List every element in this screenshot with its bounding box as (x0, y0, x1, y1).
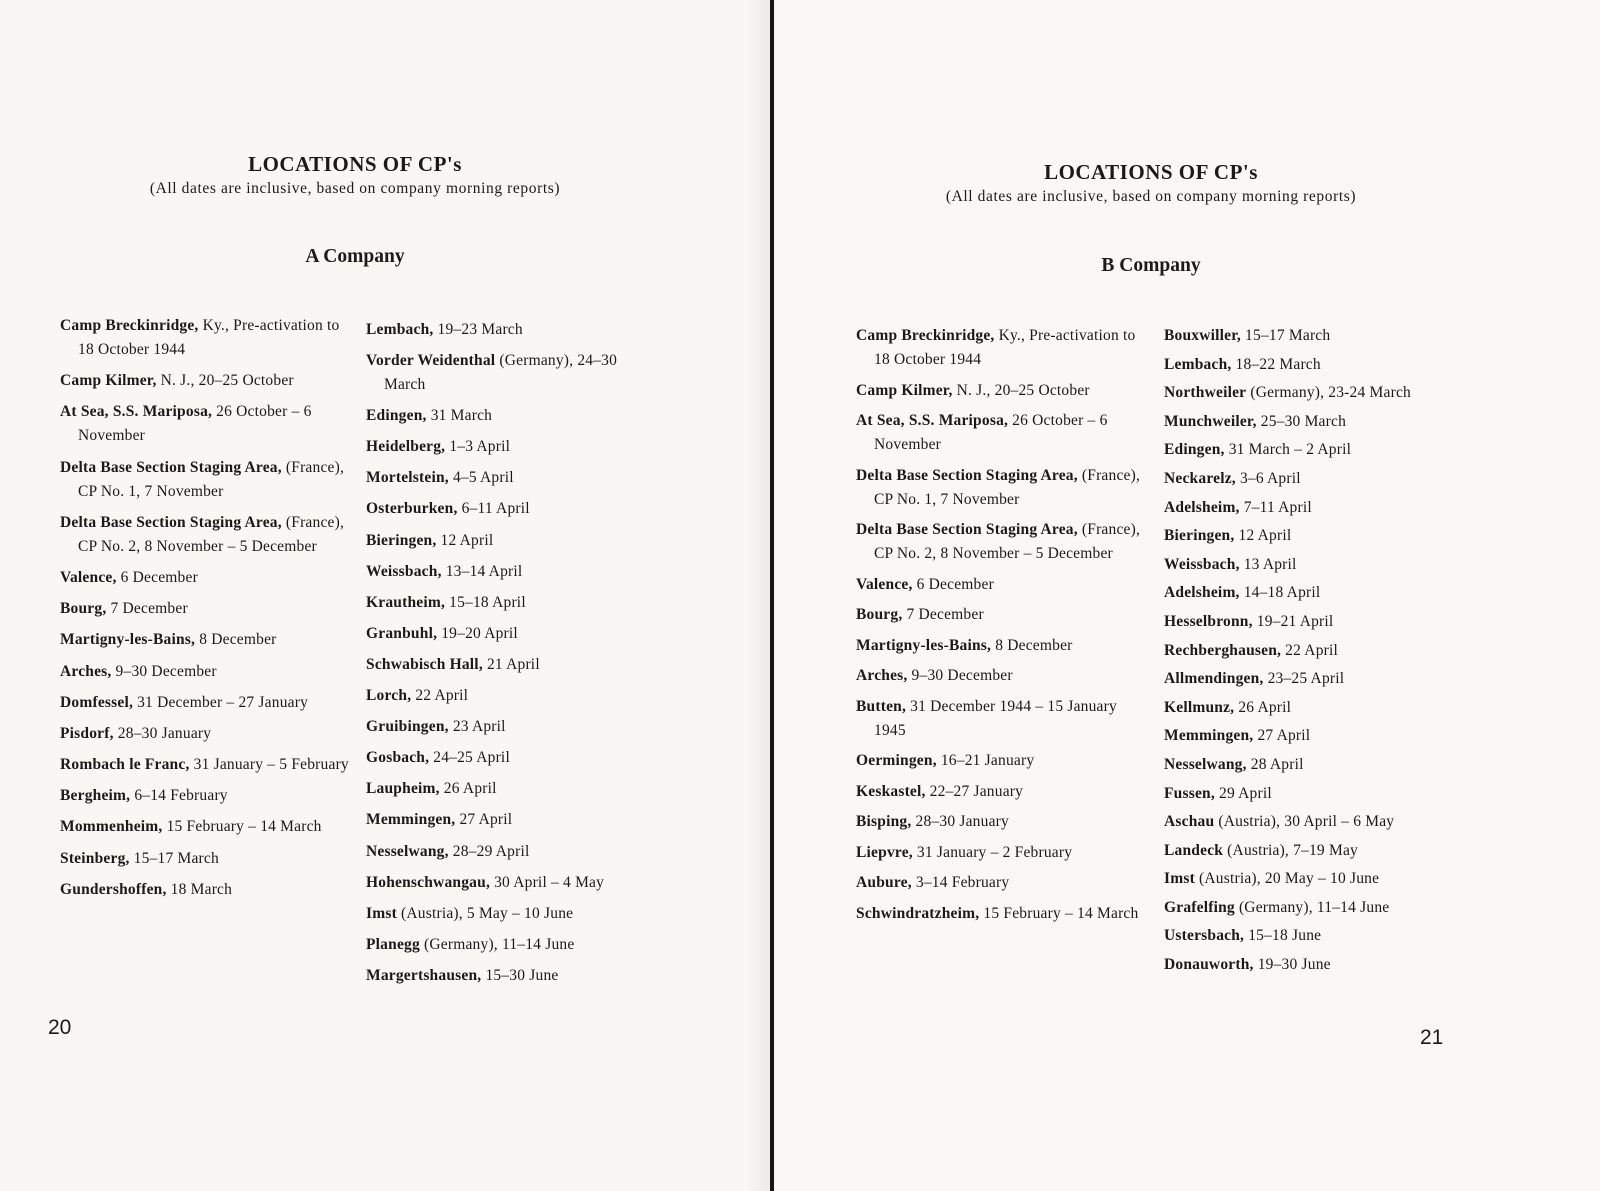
location-dates: 9–30 December (111, 663, 216, 680)
location-dates: 22–27 January (926, 783, 1024, 800)
location-name: Bourg, (856, 606, 902, 623)
location-dates: 31 January – 5 February (190, 756, 349, 773)
location-entry: Liepvre, 31 January – 2 February (856, 841, 1146, 865)
location-name: Ustersbach, (1164, 927, 1244, 944)
location-name: Schwabisch Hall, (366, 656, 483, 673)
location-entry: Rechberghausen, 22 April (1164, 639, 1464, 663)
location-dates: 13–14 April (442, 563, 523, 580)
location-name: Rombach le Franc, (60, 756, 190, 773)
location-name: Weissbach, (1164, 556, 1240, 573)
location-name: Memmingen, (366, 811, 455, 828)
page-subtitle: (All dates are inclusive, based on compa… (876, 188, 1426, 206)
location-dates: 15–18 April (445, 594, 526, 611)
location-entry: Aubure, 3–14 February (856, 871, 1146, 895)
location-entry: Delta Base Section Staging Area, (France… (60, 456, 350, 504)
location-entry: At Sea, S.S. Mariposa, 26 October – 6 No… (856, 409, 1146, 457)
book-spine (770, 0, 774, 1191)
entries-column-1: Camp Breckinridge, Ky., Pre-activation t… (60, 314, 350, 909)
location-name: Heidelberg, (366, 438, 445, 455)
location-name: Memmingen, (1164, 727, 1253, 744)
location-name: Imst (1164, 870, 1195, 887)
location-entry: Oermingen, 16–21 January (856, 749, 1146, 773)
location-dates: 15 February – 14 March (163, 818, 322, 835)
location-dates: (Austria), 30 April – 6 May (1214, 813, 1394, 830)
location-entry: Nesselwang, 28–29 April (366, 840, 646, 864)
location-name: Lembach, (366, 321, 433, 338)
location-entry: Kellmunz, 26 April (1164, 696, 1464, 720)
location-name: Nesselwang, (366, 843, 449, 860)
page-title: LOCATIONS OF CP's (946, 160, 1356, 185)
location-entry: Pisdorf, 28–30 January (60, 722, 350, 746)
location-name: Northweiler (1164, 384, 1246, 401)
location-entry: Donauworth, 19–30 June (1164, 953, 1464, 977)
location-entry: Imst (Austria), 5 May – 10 June (366, 902, 646, 926)
location-entry: Neckarelz, 3–6 April (1164, 467, 1464, 491)
location-name: Butten, (856, 698, 906, 715)
location-name: Bouxwiller, (1164, 327, 1241, 344)
location-dates: 30 April – 4 May (490, 874, 604, 891)
location-entry: Arches, 9–30 December (856, 664, 1146, 688)
location-name: Rechberghausen, (1164, 642, 1281, 659)
location-entry: Heidelberg, 1–3 April (366, 435, 646, 459)
location-entry: Delta Base Section Staging Area, (France… (856, 464, 1146, 512)
location-dates: (Austria), 7–19 May (1223, 842, 1358, 859)
location-entry: Camp Breckinridge, Ky., Pre-activation t… (60, 314, 350, 362)
location-entry: Valence, 6 December (60, 566, 350, 590)
location-entry: Osterburken, 6–11 April (366, 497, 646, 521)
location-name: Adelsheim, (1164, 584, 1240, 601)
location-entry: Arches, 9–30 December (60, 660, 350, 684)
location-name: Keskastel, (856, 783, 926, 800)
location-dates: (Germany), 11–14 June (420, 936, 574, 953)
location-dates: 15 February – 14 March (979, 905, 1138, 922)
location-entry: Vorder Weidenthal (Germany), 24–30 March (366, 349, 646, 397)
location-dates: 19–23 March (433, 321, 522, 338)
location-dates: 6–11 April (458, 500, 530, 517)
location-name: Edingen, (1164, 441, 1225, 458)
location-name: Krautheim, (366, 594, 445, 611)
location-dates: 31 March (427, 407, 493, 424)
location-entry: Camp Kilmer, N. J., 20–25 October (60, 369, 350, 393)
location-dates: (Germany), 23-24 March (1246, 384, 1411, 401)
location-name: Martigny-les-Bains, (60, 631, 195, 648)
location-entry: Margertshausen, 15–30 June (366, 964, 646, 988)
entries-column-2: Bouxwiller, 15–17 MarchLembach, 18–22 Ma… (1164, 324, 1464, 982)
location-name: Planegg (366, 936, 420, 953)
location-dates: 3–6 April (1236, 470, 1301, 487)
location-name: Kellmunz, (1164, 699, 1234, 716)
location-name: At Sea, S.S. Mariposa, (856, 412, 1008, 429)
location-dates: 7 December (902, 606, 983, 623)
location-dates: N. J., 20–25 October (953, 382, 1090, 399)
location-name: Lembach, (1164, 356, 1231, 373)
location-entry: Imst (Austria), 20 May – 10 June (1164, 867, 1464, 891)
location-dates: 26 April (440, 780, 497, 797)
location-name: Liepvre, (856, 844, 913, 861)
spine-shadow (745, 0, 770, 1191)
location-name: Valence, (60, 569, 117, 586)
location-entry: Bourg, 7 December (856, 603, 1146, 627)
page-number: 21 (1420, 1026, 1443, 1050)
location-name: Hohenschwangau, (366, 874, 490, 891)
location-dates: 22 April (1281, 642, 1338, 659)
location-entry: Hesselbronn, 19–21 April (1164, 610, 1464, 634)
company-heading: A Company (200, 246, 510, 268)
location-entry: Granbuhl, 19–20 April (366, 622, 646, 646)
location-entry: Edingen, 31 March – 2 April (1164, 438, 1464, 462)
location-dates: 12 April (436, 532, 493, 549)
location-entry: Gruibingen, 23 April (366, 715, 646, 739)
location-dates: 26 April (1234, 699, 1291, 716)
location-name: Bieringen, (366, 532, 436, 549)
location-entry: Delta Base Section Staging Area, (France… (856, 518, 1146, 566)
location-dates: 12 April (1234, 527, 1291, 544)
location-name: Delta Base Section Staging Area, (856, 467, 1078, 484)
location-dates: 6 December (117, 569, 198, 586)
location-dates: 15–17 March (130, 850, 219, 867)
location-name: Bisping, (856, 813, 911, 830)
location-entry: Grafelfing (Germany), 11–14 June (1164, 896, 1464, 920)
location-entry: Mommenheim, 15 February – 14 March (60, 815, 350, 839)
location-entry: Butten, 31 December 1944 – 15 January 19… (856, 695, 1146, 743)
location-dates: 31 January – 2 February (913, 844, 1072, 861)
location-entry: Krautheim, 15–18 April (366, 591, 646, 615)
page-subtitle: (All dates are inclusive, based on compa… (80, 180, 630, 198)
location-name: Osterburken, (366, 500, 458, 517)
location-name: Domfessel, (60, 694, 133, 711)
location-name: Camp Breckinridge, (856, 327, 995, 344)
location-name: Margertshausen, (366, 967, 481, 984)
location-dates: N. J., 20–25 October (157, 372, 294, 389)
location-entry: Hohenschwangau, 30 April – 4 May (366, 871, 646, 895)
location-name: Laupheim, (366, 780, 440, 797)
location-dates: 16–21 January (937, 752, 1035, 769)
location-entry: Edingen, 31 March (366, 404, 646, 428)
location-name: Fussen, (1164, 785, 1215, 802)
left-page: LOCATIONS OF CP's (All dates are inclusi… (0, 0, 772, 1191)
location-entry: Martigny-les-Bains, 8 December (60, 628, 350, 652)
location-name: Donauworth, (1164, 956, 1254, 973)
location-entry: Bouxwiller, 15–17 March (1164, 324, 1464, 348)
location-dates: 15–30 June (481, 967, 558, 984)
location-name: Mommenheim, (60, 818, 163, 835)
location-name: Delta Base Section Staging Area, (856, 521, 1078, 538)
location-entry: Planegg (Germany), 11–14 June (366, 933, 646, 957)
location-dates: 23 April (449, 718, 506, 735)
location-name: Aschau (1164, 813, 1214, 830)
location-name: Mortelstein, (366, 469, 449, 486)
location-name: Arches, (60, 663, 111, 680)
location-dates: 29 April (1215, 785, 1272, 802)
location-dates: (Austria), 20 May – 10 June (1195, 870, 1379, 887)
location-dates: 18–22 March (1231, 356, 1320, 373)
location-entry: Camp Breckinridge, Ky., Pre-activation t… (856, 324, 1146, 372)
location-name: Grafelfing (1164, 899, 1235, 916)
right-page: LOCATIONS OF CP's (All dates are inclusi… (776, 0, 1600, 1191)
location-name: Gundershoffen, (60, 881, 167, 898)
page-title: LOCATIONS OF CP's (150, 152, 560, 177)
location-name: Hesselbronn, (1164, 613, 1253, 630)
location-dates: 13 April (1240, 556, 1297, 573)
location-entry: Gundershoffen, 18 March (60, 878, 350, 902)
location-entry: Rombach le Franc, 31 January – 5 Februar… (60, 753, 350, 777)
location-dates: 7 December (106, 600, 187, 617)
page-number: 20 (48, 1016, 71, 1040)
location-name: Steinberg, (60, 850, 130, 867)
location-entry: Munchweiler, 25–30 March (1164, 410, 1464, 434)
location-name: Gosbach, (366, 749, 429, 766)
location-entry: Northweiler (Germany), 23-24 March (1164, 381, 1464, 405)
location-dates: 7–11 April (1240, 499, 1312, 516)
location-name: Bourg, (60, 600, 106, 617)
location-entry: Bieringen, 12 April (1164, 524, 1464, 548)
location-entry: Gosbach, 24–25 April (366, 746, 646, 770)
location-entry: Bisping, 28–30 January (856, 810, 1146, 834)
location-name: Camp Breckinridge, (60, 317, 199, 334)
location-name: Delta Base Section Staging Area, (60, 459, 282, 476)
location-name: Edingen, (366, 407, 427, 424)
location-dates: 24–25 April (429, 749, 510, 766)
location-name: Lorch, (366, 687, 411, 704)
location-name: Aubure, (856, 874, 912, 891)
location-entry: Weissbach, 13–14 April (366, 560, 646, 584)
location-dates: 18 March (167, 881, 233, 898)
location-name: Munchweiler, (1164, 413, 1257, 430)
location-dates: 31 March – 2 April (1225, 441, 1352, 458)
location-dates: 15–17 March (1241, 327, 1330, 344)
location-entry: Weissbach, 13 April (1164, 553, 1464, 577)
location-dates: 8 December (195, 631, 276, 648)
location-entry: Camp Kilmer, N. J., 20–25 October (856, 379, 1146, 403)
location-dates: 28–29 April (449, 843, 530, 860)
location-dates: 28 April (1247, 756, 1304, 773)
location-dates: 23–25 April (1264, 670, 1345, 687)
location-dates: 15–18 June (1244, 927, 1321, 944)
location-name: At Sea, S.S. Mariposa, (60, 403, 212, 420)
location-name: Imst (366, 905, 397, 922)
location-entry: Adelsheim, 14–18 April (1164, 581, 1464, 605)
location-entry: Schwindratzheim, 15 February – 14 March (856, 902, 1146, 926)
location-entry: Fussen, 29 April (1164, 782, 1464, 806)
location-name: Bieringen, (1164, 527, 1234, 544)
location-dates: 28–30 January (114, 725, 212, 742)
location-dates: (Germany), 11–14 June (1235, 899, 1389, 916)
location-dates: 28–30 January (911, 813, 1009, 830)
location-entry: Steinberg, 15–17 March (60, 847, 350, 871)
location-name: Pisdorf, (60, 725, 114, 742)
location-name: Landeck (1164, 842, 1223, 859)
location-name: Vorder Weidenthal (366, 352, 495, 369)
location-entry: Bergheim, 6–14 February (60, 784, 350, 808)
location-entry: Bourg, 7 December (60, 597, 350, 621)
location-name: Granbuhl, (366, 625, 437, 642)
location-name: Oermingen, (856, 752, 937, 769)
location-dates: 4–5 April (449, 469, 514, 486)
location-entry: Landeck (Austria), 7–19 May (1164, 839, 1464, 863)
location-name: Camp Kilmer, (60, 372, 157, 389)
location-entry: Nesselwang, 28 April (1164, 753, 1464, 777)
location-name: Martigny-les-Bains, (856, 637, 991, 654)
company-heading: B Company (996, 255, 1306, 277)
location-dates: 14–18 April (1240, 584, 1321, 601)
location-dates: 9–30 December (907, 667, 1012, 684)
location-entry: Lembach, 19–23 March (366, 318, 646, 342)
location-entry: Memmingen, 27 April (1164, 724, 1464, 748)
location-name: Schwindratzheim, (856, 905, 979, 922)
location-dates: 19–20 April (437, 625, 518, 642)
location-dates: 6–14 February (130, 787, 228, 804)
location-entry: Allmendingen, 23–25 April (1164, 667, 1464, 691)
location-dates: 21 April (483, 656, 540, 673)
location-dates: 27 April (455, 811, 512, 828)
entries-column-1: Camp Breckinridge, Ky., Pre-activation t… (856, 324, 1146, 932)
location-dates: 22 April (411, 687, 468, 704)
location-entry: Schwabisch Hall, 21 April (366, 653, 646, 677)
location-name: Adelsheim, (1164, 499, 1240, 516)
location-dates: 27 April (1253, 727, 1310, 744)
location-name: Gruibingen, (366, 718, 449, 735)
location-entry: Ustersbach, 15–18 June (1164, 924, 1464, 948)
location-dates: 19–30 June (1254, 956, 1331, 973)
location-dates: 25–30 March (1257, 413, 1346, 430)
location-entry: Lembach, 18–22 March (1164, 353, 1464, 377)
location-dates: 31 December – 27 January (133, 694, 308, 711)
location-entry: Valence, 6 December (856, 573, 1146, 597)
location-dates: 3–14 February (912, 874, 1010, 891)
location-name: Nesselwang, (1164, 756, 1247, 773)
location-entry: Mortelstein, 4–5 April (366, 466, 646, 490)
location-entry: Martigny-les-Bains, 8 December (856, 634, 1146, 658)
location-entry: Adelsheim, 7–11 April (1164, 496, 1464, 520)
location-name: Neckarelz, (1164, 470, 1236, 487)
location-name: Valence, (856, 576, 913, 593)
location-entry: Aschau (Austria), 30 April – 6 May (1164, 810, 1464, 834)
location-name: Bergheim, (60, 787, 130, 804)
location-dates: 1–3 April (445, 438, 510, 455)
location-name: Allmendingen, (1164, 670, 1264, 687)
location-name: Camp Kilmer, (856, 382, 953, 399)
location-entry: Keskastel, 22–27 January (856, 780, 1146, 804)
location-name: Arches, (856, 667, 907, 684)
location-dates: 31 December 1944 – 15 January 1945 (874, 698, 1117, 739)
location-dates: 19–21 April (1253, 613, 1334, 630)
location-name: Delta Base Section Staging Area, (60, 514, 282, 531)
location-entry: Laupheim, 26 April (366, 777, 646, 801)
location-entry: At Sea, S.S. Mariposa, 26 October – 6 No… (60, 400, 350, 448)
location-dates: 6 December (913, 576, 994, 593)
entries-column-2: Lembach, 19–23 MarchVorder Weidenthal (G… (366, 318, 646, 995)
location-dates: 8 December (991, 637, 1072, 654)
location-dates: (Austria), 5 May – 10 June (397, 905, 573, 922)
location-name: Weissbach, (366, 563, 442, 580)
location-entry: Delta Base Section Staging Area, (France… (60, 511, 350, 559)
location-entry: Domfessel, 31 December – 27 January (60, 691, 350, 715)
location-entry: Memmingen, 27 April (366, 808, 646, 832)
location-entry: Bieringen, 12 April (366, 529, 646, 553)
location-entry: Lorch, 22 April (366, 684, 646, 708)
